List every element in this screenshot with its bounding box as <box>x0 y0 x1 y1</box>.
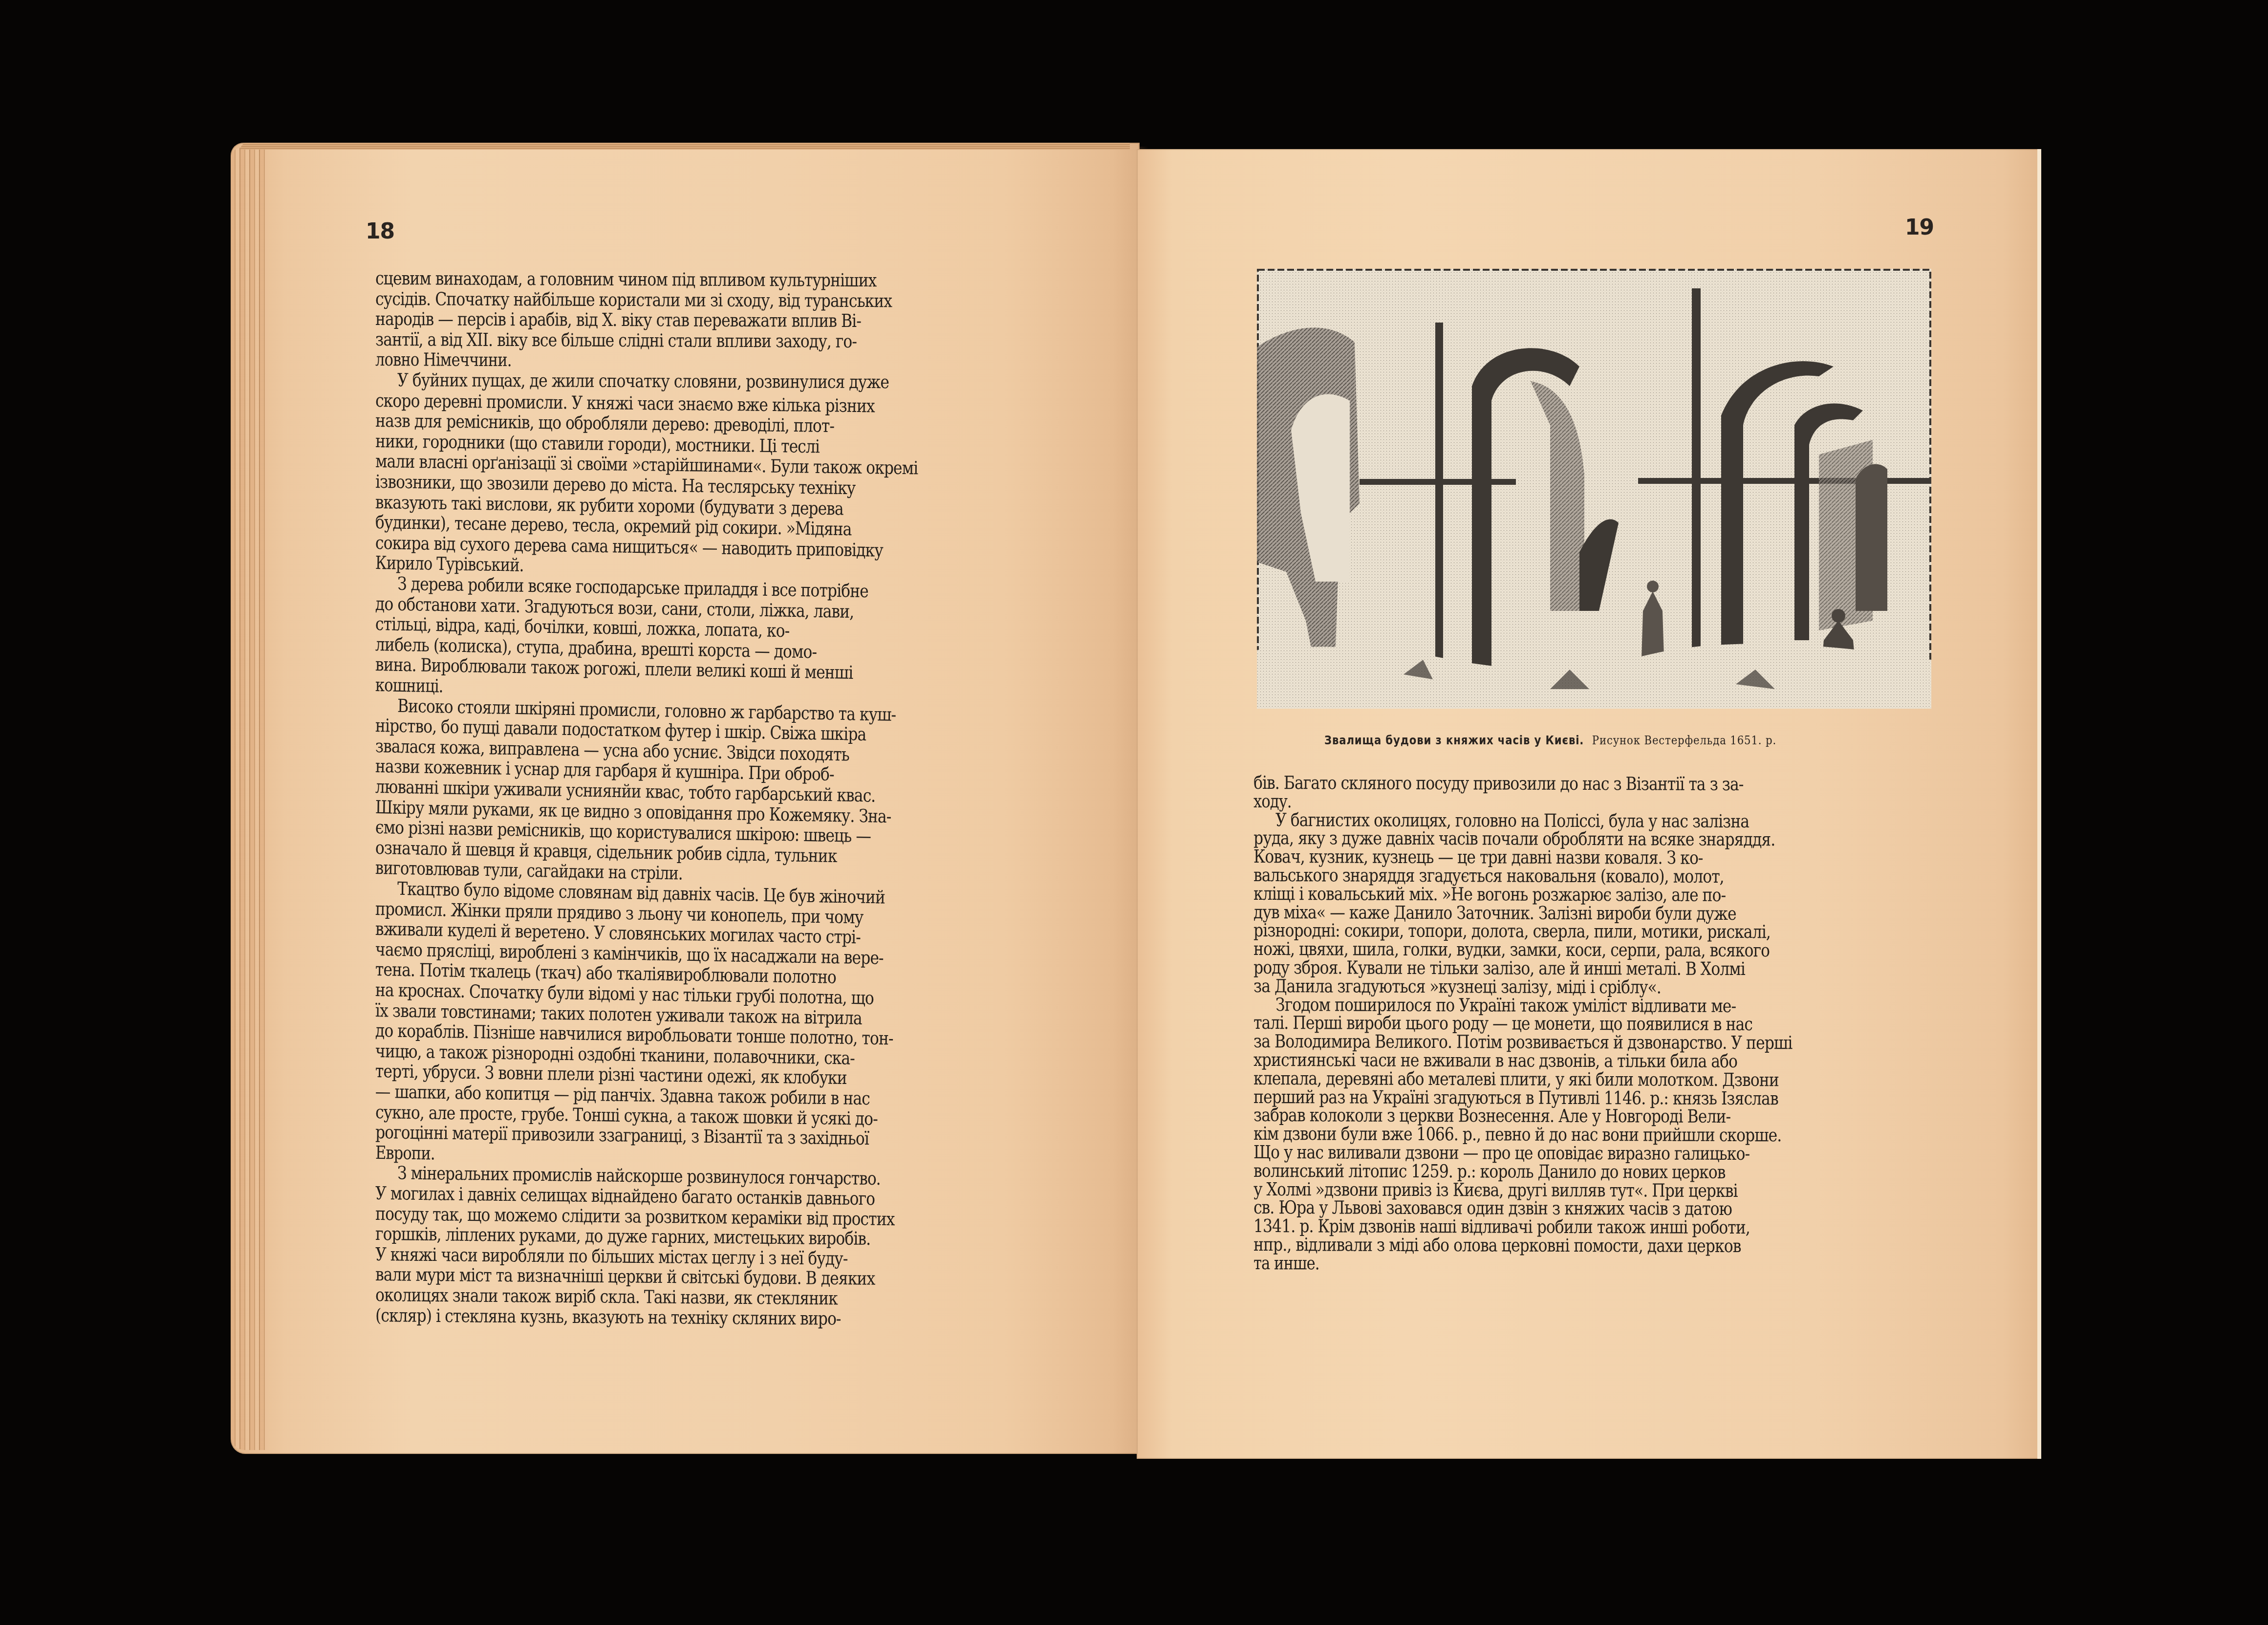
caption-title: Звалища будови з княжих часів у Києві. <box>1324 733 1584 747</box>
text-line: сцевим винаходам, а головним чином під в… <box>375 268 1084 292</box>
text-line: У буйних пущах, де жили спочатку словяни… <box>375 369 1084 393</box>
page-edge <box>2037 149 2041 1459</box>
figure-caption: Звалища будови з княжих часів у Києві. Р… <box>1324 733 1776 747</box>
page-number-left: 18 <box>366 219 394 244</box>
page-edge-stack <box>231 148 267 1450</box>
page-number-right: 19 <box>1905 215 1934 240</box>
page-top-edge <box>240 143 1130 150</box>
arches-illustration-icon <box>1257 269 1931 709</box>
text-line: та инше. <box>1253 1253 1943 1276</box>
text-line: народів — персів і арабів, від X. віку с… <box>375 308 1084 332</box>
scan-background: 18 сцевим винаходам, а головним чином пі… <box>0 0 2268 1625</box>
caption-credit: Рисунок Вестерфельда 1651. р. <box>1592 733 1776 747</box>
figure-engraving-ruins <box>1257 269 1931 709</box>
